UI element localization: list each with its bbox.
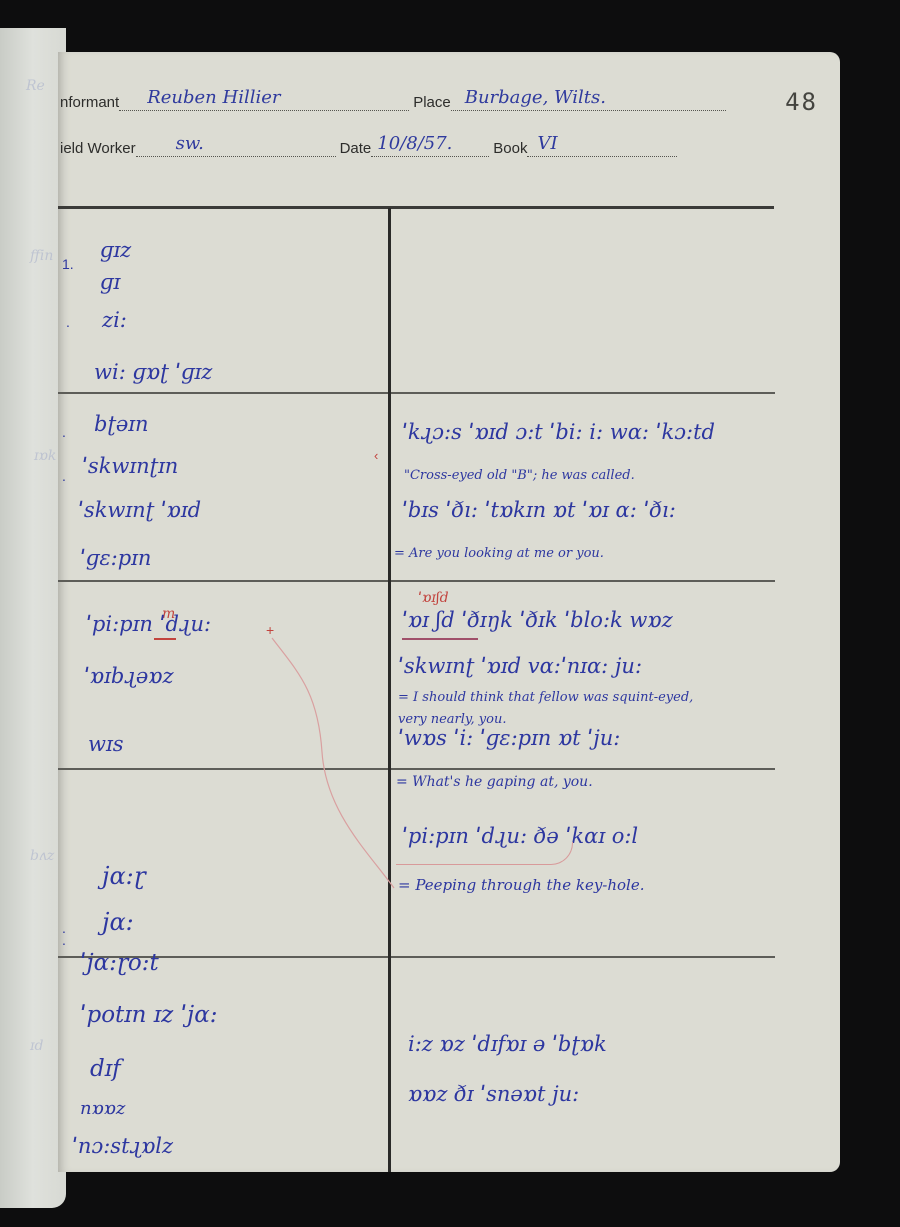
english-gloss: "Cross-eyed old "B"; he was called.: [404, 468, 635, 483]
phonetic-entry: ˈɒɪbɻəɒz: [84, 664, 174, 688]
previous-page-edge: Re ffin ɪɒk bʌz ɪd: [0, 28, 66, 1208]
phonetic-entry: jɑ:ɽ: [102, 862, 145, 890]
phonetic-sentence: ˈɒɪ ʃd ˈðɪŋk ˈðɪk ˈblo:k wɒz: [402, 608, 673, 632]
field-worker-value: sw.: [176, 133, 204, 154]
left-section-rule: [58, 392, 388, 394]
bleed-through-text: ffin: [30, 248, 53, 264]
phonetic-entry: ˈnɔ:stɻɒlz: [72, 1134, 173, 1158]
book-label: Book: [493, 140, 527, 157]
red-cross-mark: +: [266, 622, 274, 638]
right-section-rule: [391, 768, 775, 770]
right-section-rule: [391, 392, 775, 394]
place-label: Place: [413, 94, 451, 111]
book-field: VI: [527, 136, 677, 157]
line-marker: .: [62, 424, 66, 440]
right-section-rule: [391, 956, 775, 958]
phonetic-sentence: ˈskwɪnʈ ˈɒɪd vɑ:ˈnɪɑ: ju:: [398, 654, 642, 678]
line-marker: .: [66, 314, 70, 330]
phonetic-entry: ˈskwɪnʈɪn: [82, 454, 178, 478]
phonetic-sentence: ˈwɒs ˈi: ˈɡɛ:pɪn ɒt ˈju:: [398, 726, 620, 750]
date-field: 10/8/57.: [371, 136, 489, 157]
date-value: 10/8/57.: [377, 133, 452, 154]
field-worker-field: sw.: [136, 136, 336, 157]
red-correction-mark: ˈɒɪʃd: [418, 590, 449, 606]
informant-value: Reuben Hillier: [147, 87, 280, 108]
phonetic-sentence: ˈkɻɔ:s ˈɒɪd ɔ:t ˈbi: i: wɑ: ˈkɔ:td: [402, 420, 715, 444]
phonetic-sentence: ɒɒz ðɪ ˈsnəɒt ju:: [408, 1082, 579, 1106]
phonetic-entry: jɑ:: [102, 908, 134, 936]
phonetic-sentence: i:z ɒz ˈdɪfɒɪ ə ˈbʈɒk: [408, 1032, 607, 1056]
phonetic-entry: wi: ɡɒʈ ˈɡɪz: [94, 360, 212, 384]
phonetic-sentence: ˈbɪs ˈðı: ˈtɒkɪn ɒt ˈɒɪ ɑ: ˈðı:: [402, 498, 676, 522]
phonetic-entry: ˈpotɪn ɪz ˈjɑ:: [80, 1002, 217, 1028]
notebook-page: 48 nformant Reuben Hillier Place Burbage…: [58, 52, 840, 1172]
line-marker: .: [62, 932, 66, 948]
header-informant-row: nformant Reuben Hillier Place Burbage, W…: [60, 90, 730, 111]
english-gloss: = Peeping through the key-hole.: [398, 876, 645, 894]
phonetic-entry: wɪs: [88, 732, 123, 756]
phonetic-entry: ˈjɑ:ɽo:t: [80, 950, 159, 976]
phonetic-entry: ˈɡɛ:pɪn: [80, 546, 151, 570]
english-gloss: = Are you looking at me or you.: [394, 546, 604, 561]
phonetic-entry: ɡɪ: [100, 270, 120, 294]
field-worker-label: ield Worker: [60, 140, 136, 157]
english-gloss: = What's he gaping at, you.: [396, 774, 593, 790]
bleed-through-text: ɪɒk: [34, 448, 56, 464]
place-value: Burbage, Wilts.: [465, 87, 606, 108]
phonetic-entry: zi:: [102, 308, 127, 332]
date-label: Date: [340, 140, 372, 157]
right-section-rule: [391, 580, 775, 582]
page-number: 48: [785, 88, 818, 116]
red-circle-mark: [396, 842, 573, 865]
column-divider: [388, 208, 391, 1172]
red-pointer-mark: ‹: [374, 448, 378, 463]
header-divider: [58, 206, 774, 209]
line-marker: 1.: [62, 256, 74, 272]
book-value: VI: [537, 133, 557, 154]
bleed-through-text: bʌz: [30, 848, 54, 864]
red-pencil-connector: [258, 632, 398, 892]
phonetic-entry: ˈpi:pɪn ˈdɻu:: [86, 612, 211, 636]
phonetic-entry: bʈəɪn: [94, 412, 149, 436]
informant-field: Reuben Hillier: [119, 90, 409, 111]
english-gloss: very nearly, you.: [398, 712, 506, 727]
header-fieldworker-row: ield Worker sw. Date 10/8/57. Book VI: [60, 136, 681, 157]
left-section-rule: [58, 768, 388, 770]
left-section-rule: [58, 580, 388, 582]
phonetic-entry: ˈskwɪnʈ ˈɒɪd: [78, 498, 201, 522]
red-underline: [402, 638, 478, 640]
line-marker: .: [62, 468, 66, 484]
place-field: Burbage, Wilts.: [451, 90, 726, 111]
red-underline: [154, 638, 176, 640]
bleed-through-text: ɪd: [30, 1038, 43, 1054]
english-gloss: = I should think that fellow was squint-…: [398, 690, 693, 705]
informant-label: nformant: [60, 94, 119, 111]
phonetic-entry: dɪf: [90, 1056, 121, 1082]
phonetic-entry: ɡɪz: [100, 238, 131, 262]
phonetic-entry: nɒɒz: [80, 1098, 125, 1119]
bleed-through-text: Re: [26, 78, 45, 94]
